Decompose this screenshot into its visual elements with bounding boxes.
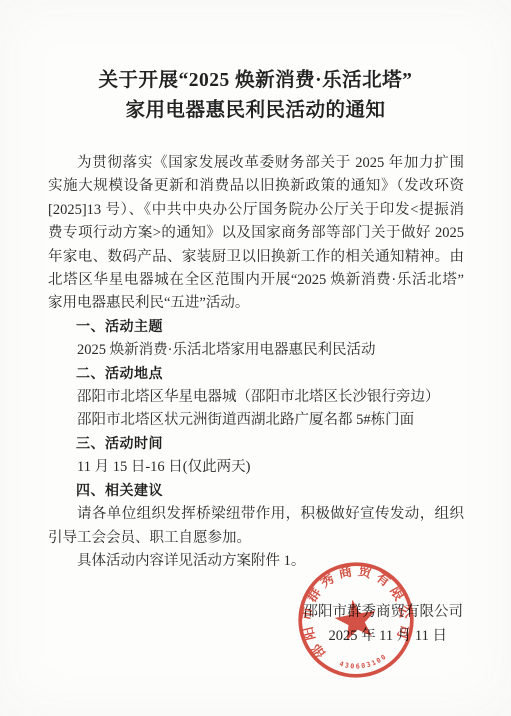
paragraph-line: 北塔区华星电器城在全区范围内开展“2025 焕新消费·乐活北塔” xyxy=(48,269,464,292)
intro-paragraph: 为贯彻落实《国家发展改革委财务部关于 2025 年加力扩围 实施大规模设备更新和… xyxy=(48,152,464,316)
signature-company: 邵阳市群秀商贸有限公司 xyxy=(0,600,511,624)
document-body: 为贯彻落实《国家发展改革委财务部关于 2025 年加力扩围 实施大规模设备更新和… xyxy=(48,152,464,573)
paragraph-line: 为贯彻落实《国家发展改革委财务部关于 2025 年加力扩围 xyxy=(48,152,464,175)
section-text: 2025 焕新消费·乐活北塔家用电器惠民利民活动 xyxy=(48,339,464,362)
signature-date: 2025 年 11 月 11 日 xyxy=(0,624,511,648)
section-heading: 一、活动主题 xyxy=(48,316,464,339)
title-line-1: 关于开展“2025 焕新消费·乐活北塔” xyxy=(0,66,511,96)
section-text: 邵阳市北塔区状元洲街道西湖北路广厦名都 5#栋门面 xyxy=(48,409,464,432)
section-text: 具体活动内容详见活动方案附件 1。 xyxy=(48,550,464,573)
section-activity-theme: 一、活动主题 2025 焕新消费·乐活北塔家用电器惠民利民活动 xyxy=(48,316,464,363)
notice-document-page: 关于开展“2025 焕新消费·乐活北塔” 家用电器惠民利民活动的通知 为贯彻落实… xyxy=(0,0,511,716)
section-heading: 二、活动地点 xyxy=(48,363,464,386)
section-text: 引导工会会员、职工自愿参加。 xyxy=(48,527,464,550)
seal-code-text: 430603100 xyxy=(337,652,390,675)
paragraph-line: 年家电、数码产品、家装厨卫以旧换新工作的相关通知精神。由 xyxy=(48,246,464,269)
section-activity-location: 二、活动地点 邵阳市北塔区华星电器城（邵阳市北塔区长沙银行旁边） 邵阳市北塔区状… xyxy=(48,363,464,433)
document-title: 关于开展“2025 焕新消费·乐活北塔” 家用电器惠民利民活动的通知 xyxy=(0,66,511,126)
section-heading: 四、相关建议 xyxy=(48,480,464,503)
section-suggestions: 四、相关建议 请各单位组织发挥桥梁纽带作用，积极做好宣传发动，组织 引导工会会员… xyxy=(48,480,464,574)
paragraph-line: 家用电器惠民利民“五进”活动。 xyxy=(48,292,464,315)
paragraph-line: [2025]13 号）、《中共中央办公厅国务院办公厅关于印发<提振消 xyxy=(48,199,464,222)
section-text: 11 月 15 日-16 日(仅此两天) xyxy=(48,456,464,479)
title-line-2: 家用电器惠民利民活动的通知 xyxy=(0,96,511,126)
section-text: 邵阳市北塔区华星电器城（邵阳市北塔区长沙银行旁边） xyxy=(48,386,464,409)
paragraph-line: 费专项行动方案>的通知》以及国家商务部等部门关于做好 2025 xyxy=(48,222,464,245)
section-activity-time: 三、活动时间 11 月 15 日-16 日(仅此两天) xyxy=(48,433,464,480)
paragraph-line: 实施大规模设备更新和消费品以旧换新政策的通知》（发改环资 xyxy=(48,175,464,198)
section-text: 请各单位组织发挥桥梁纽带作用，积极做好宣传发动，组织 xyxy=(48,503,464,526)
section-heading: 三、活动时间 xyxy=(48,433,464,456)
signature-block: 邵阳市群秀商贸有限公司 2025 年 11 月 11 日 xyxy=(0,600,511,648)
